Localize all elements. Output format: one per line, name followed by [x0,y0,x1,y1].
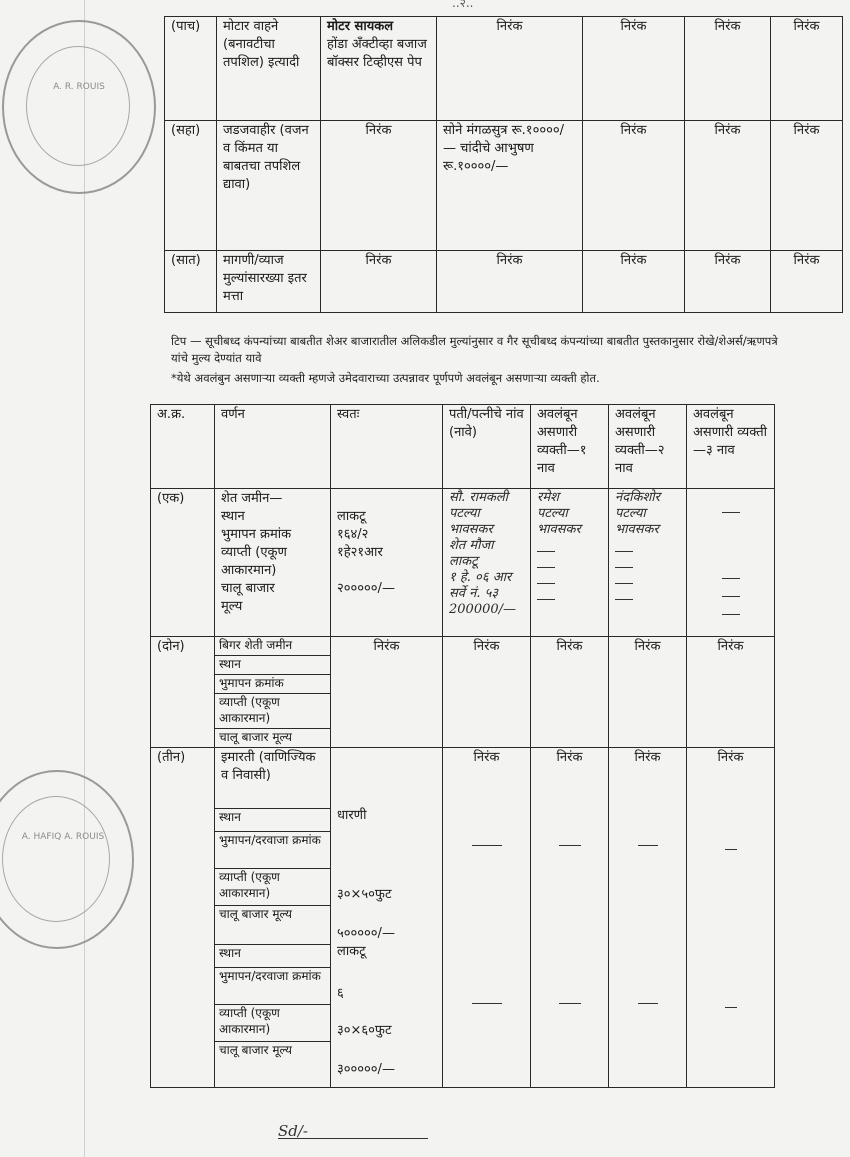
buildings-title: इमारती (वाणिज्यिक व निवासी) [215,748,330,809]
dependent3-value: निरंक [771,251,843,313]
dependent1-value: निरंक [583,251,685,313]
handwritten-line: भावसकर [449,522,524,538]
row-number: (दोन) [151,637,215,748]
dependent1-value: निरंक [531,637,609,748]
handwritten-line: पटल्या [537,506,602,522]
description-line: चालू बाजार [221,580,324,598]
dependent2-value: निरंक [609,748,687,1088]
tip-note: टिप — सूचीबध्द कंपन्यांच्या बाबतीत शेअर … [171,333,791,367]
table-row: (पाच) मोटार वाहने (बनावटीचा तपशिल) इत्या… [165,17,843,121]
sub-label: भुमापन/दरवाजा क्रमांक [215,968,330,1005]
dependent2-value: निरंक [609,637,687,748]
description-line: व्याप्ती (एकूण [221,544,324,562]
dependent3-value [687,489,775,637]
row-description: मागणी/व्याज मुल्यांसारख्या इतर मत्ता [217,251,321,313]
dependent3-value: निरंक [687,637,775,748]
handwritten-line: शेत मौजा [449,538,524,554]
spouse-value: सौ. रामकलीपटल्याभावसकरशेत मौजालाकटू१ हे.… [443,489,531,637]
sub-label: भुमापन क्रमांक [215,675,330,694]
header-dependent3: अवलंबून असणारी व्यक्ती—३ नाव [687,405,775,489]
sub-label: स्थान [215,656,330,675]
building-self-value [337,830,436,867]
handwritten-line: पटल्या [449,506,524,522]
sub-label: भुमापन/दरवाजा क्रमांक [215,832,330,869]
dependent3-value: निरंक [771,17,843,121]
building-self-value: ३०००००/— [337,1040,436,1079]
handwritten-line: पटल्या [615,506,680,522]
handwritten-line: १ हे. ०६ आर [449,570,524,586]
row-number: (सहा) [165,121,217,251]
building-self-value: धारणी [337,807,436,830]
dependent-definition-note: *येथे अवलंबुन असणाऱ्या व्यक्ती म्हणजे उम… [171,370,791,387]
page-number-mark: ..२.. [452,0,474,11]
row-number: (एक) [151,489,215,637]
header-row: अ.क्र. वर्णन स्वतः पती/पत्नीचे नांव (नाव… [151,405,775,489]
dependent2-value: निरंक [685,251,771,313]
spouse-value: निरंक [443,748,531,1088]
dependent1-value: निरंक [531,748,609,1088]
header-num: अ.क्र. [151,405,215,489]
self-value: लाकटू१६४/२१हे२१आर २०००००/— [331,489,443,637]
self-value: धारणी ३०×५०फुट५०००००/— लाकटू६३०×६०फुट३००… [331,748,443,1088]
handwritten-line: भावसकर [615,522,680,538]
table-row: (सहा) जडजवाहीर (वजन व किंमत या बाबतचा तप… [165,121,843,251]
assets-table-continued: (पाच) मोटार वाहने (बनावटीचा तपशिल) इत्या… [164,16,843,313]
handwritten-line: भावसकर [537,522,602,538]
row-number: (तीन) [151,748,215,1088]
sub-label: व्याप्ती (एकूण आकारमान) [215,869,330,906]
self-value-line: १हे२१आर [337,544,436,562]
description-line: मूल्य [221,598,324,616]
dependent1-value: रमेशपटल्याभावसकर [531,489,609,637]
dependent1-value: निरंक [583,17,685,121]
handwritten-line: सर्वे नं. ५३ [449,586,524,602]
handwritten-line: रमेश [537,490,602,506]
building-self-value: ३०×६०फुट [337,1003,436,1040]
self-value-line: लाकटू [337,508,436,526]
self-value-line [337,562,436,580]
dependent2-value: निरंक [685,121,771,251]
sub-label: चालू बाजार मूल्य [215,729,330,748]
header-dependent2: अवलंबून असणारी व्यक्ती—२ नाव [609,405,687,489]
immovable-assets-table: अ.क्र. वर्णन स्वतः पती/पत्नीचे नांव (नाव… [150,404,775,1088]
dependent3-value: निरंक [771,121,843,251]
row-description: इमारती (वाणिज्यिक व निवासी) स्थानभुमापन/… [215,748,331,1088]
self-value-line [337,490,436,508]
row-description: शेत जमीन—स्थानभुमापन क्रमांकव्याप्ती (एक… [215,489,331,637]
sub-label: स्थान [215,945,330,968]
notary-stamp-bottom: A. HAFIQ A. ROUIS [0,770,134,949]
handwritten-line: नंदकिशोर [615,490,680,506]
dependent1-value: निरंक [583,121,685,251]
row-description: जडजवाहीर (वजन व किंमत या बाबतचा तपशिल द्… [217,121,321,251]
building-self-value: ५०००००/— [337,904,436,943]
table-row: (दोन) बिगर शेती जमीनस्थानभुमापन क्रमांकव… [151,637,775,748]
sub-label: बिगर शेती जमीन [215,637,330,656]
handwritten-line: लाकटू [449,554,524,570]
spouse-value: निरंक [437,17,583,121]
spouse-value: सोने मंगळसुत्र रू.१००००/— चांदीचे आभुषण … [437,121,583,251]
row-description: बिगर शेती जमीनस्थानभुमापन क्रमांकव्याप्त… [215,637,331,748]
self-value: निरंक [321,251,437,313]
header-dependent1: अवलंबून असणारी व्यक्ती—१ नाव [531,405,609,489]
sub-label: चालू बाजार मूल्य [215,1042,330,1081]
building-self-value: लाकटू [337,943,436,966]
self-value-line [337,598,436,616]
sub-label: व्याप्ती (एकूण आकारमान) [215,694,330,729]
dependent2-value: नंदकिशोरपटल्याभावसकर [609,489,687,637]
self-value: निरंक [331,637,443,748]
spouse-value: निरंक [437,251,583,313]
self-value-line: २०००००/— [337,580,436,598]
header-description: वर्णन [215,405,331,489]
building-self-value: ६ [337,966,436,1003]
self-value-line: १६४/२ [337,526,436,544]
handwritten-line: 200000/— [449,602,524,618]
description-line: आकारमान) [221,562,324,580]
sub-label: व्याप्ती (एकूण आकारमान) [215,1005,330,1042]
sub-label: स्थान [215,809,330,832]
handwritten-line: सौ. रामकली [449,490,524,506]
self-value: मोटर सायकलहोंडा अँक्टीव्हा बजाज बॉक्सर ट… [321,17,437,121]
spouse-value: निरंक [443,637,531,748]
dependent2-value: निरंक [685,17,771,121]
signature-line [278,1138,428,1139]
row-description: मोटार वाहने (बनावटीचा तपशिल) इत्यादी [217,17,321,121]
header-spouse: पती/पत्नीचे नांव (नावे) [443,405,531,489]
description-line: शेत जमीन— [221,490,324,508]
description-line: स्थान [221,508,324,526]
row-number: (पाच) [165,17,217,121]
table-row: (एक) शेत जमीन—स्थानभुमापन क्रमांकव्याप्त… [151,489,775,637]
notary-stamp-top: A. R. ROUIS [2,20,156,194]
building-self-value: ३०×५०फुट [337,867,436,904]
table-row: (सात) मागणी/व्याज मुल्यांसारख्या इतर मत्… [165,251,843,313]
self-value: निरंक [321,121,437,251]
description-line: भुमापन क्रमांक [221,526,324,544]
row-number: (सात) [165,251,217,313]
table-row: (तीन) इमारती (वाणिज्यिक व निवासी) स्थानभ… [151,748,775,1088]
sub-label: चालू बाजार मूल्य [215,906,330,945]
dependent3-value: निरंक [687,748,775,1088]
header-self: स्वतः [331,405,443,489]
